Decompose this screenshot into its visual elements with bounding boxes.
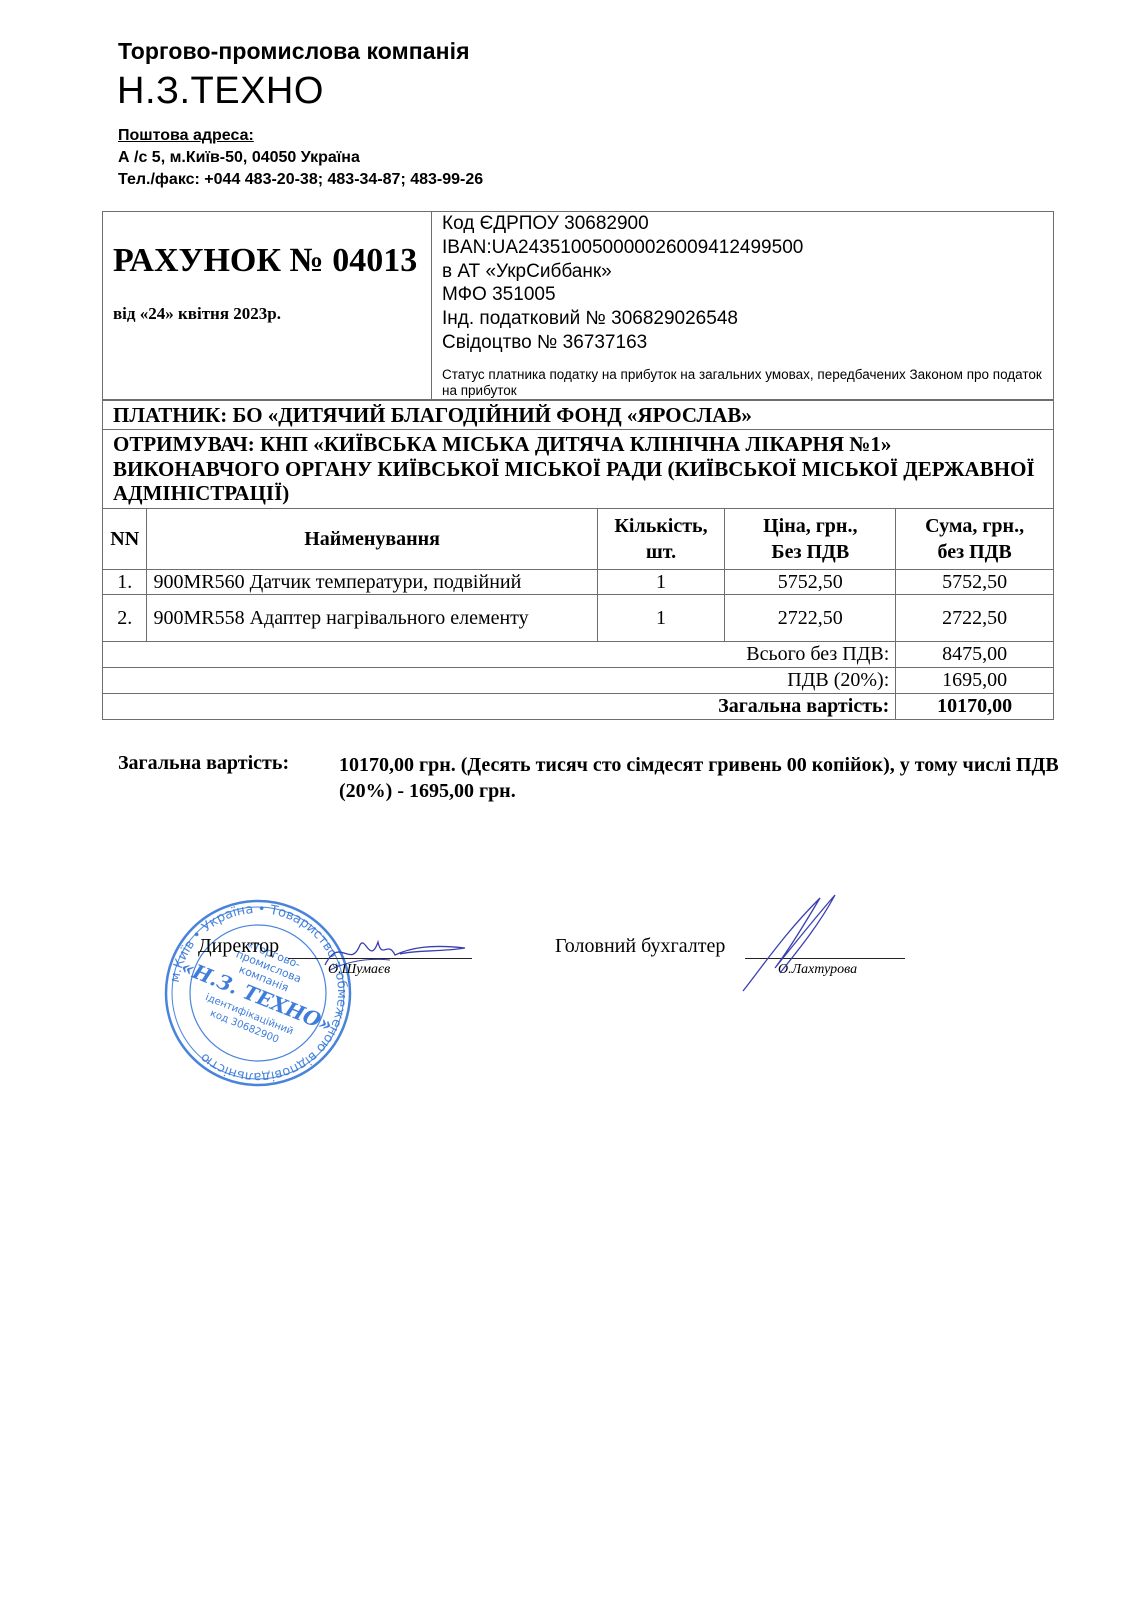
summary-label: Загальна вартість: [118,752,289,775]
header-price-line2: Без ПДВ [771,541,849,563]
invoice-header-block: РАХУНОК № 04013 від «24» квітня 2023р. К… [103,212,1053,401]
tax-number: Інд. податковий № 306829026548 [442,307,803,331]
items-table: NN Найменування Кількість,шт. Ціна, грн.… [103,509,1053,719]
header-qty-line1: Кількість, [614,515,707,537]
row-sum: 2722,50 [896,594,1053,641]
row-nn: 2. [103,594,147,641]
header-sum-line2: без ПДВ [937,541,1011,563]
accountant-signature-icon [735,893,845,993]
phone-fax: Тел./факс: +044 483-20-38; 483-34-87; 48… [118,171,483,189]
row-price: 2722,50 [725,594,896,641]
header-price-line1: Ціна, грн., [763,515,857,537]
table-row: 2. 900MR558 Адаптер нагрівального елемен… [103,594,1053,641]
header-price: Ціна, грн.,Без ПДВ [725,509,896,570]
row-qty: 1 [597,569,724,594]
mfo: МФО 351005 [442,283,803,307]
subtotal-label: Всього без ПДВ: [103,641,896,667]
row-qty: 1 [597,594,724,641]
total-value: 10170,00 [896,693,1053,719]
accountant-label: Головний бухгалтер [555,935,725,958]
header-nn: NN [103,509,147,570]
row-name: 900MR560 Датчик температури, подвійний [147,569,597,594]
subtotal-row: Всього без ПДВ: 8475,00 [103,641,1053,667]
row-name: 900MR558 Адаптер нагрівального елементу [147,594,597,641]
vat-value: 1695,00 [896,667,1053,693]
invoice-frame: РАХУНОК № 04013 від «24» квітня 2023р. К… [102,211,1054,720]
company-name: Н.З.ТЕХНО [117,70,324,113]
subtotal-value: 8475,00 [896,641,1053,667]
header-name: Найменування [147,509,597,570]
iban: IBAN:UA243510050000026009412499500 [442,236,803,260]
row-nn: 1. [103,569,147,594]
tax-status-note: Статус платника податку на прибуток на з… [442,367,1042,399]
row-sum: 5752,50 [896,569,1053,594]
company-stamp: м.Київ • Україна • Товариство з обмежено… [163,893,353,1093]
director-label: Директор [198,935,279,958]
table-row: 1. 900MR560 Датчик температури, подвійни… [103,569,1053,594]
payer: ПЛАТНИК: БО «ДИТЯЧИЙ БЛАГОДІЙНИЙ ФОНД «Я… [103,401,1053,430]
header-sum-line1: Сума, грн., [925,515,1024,537]
invoice-date: від «24» квітня 2023р. [113,304,281,324]
postal-address: А /с 5, м.Київ-50, 04050 Україна [118,149,360,167]
vat-label: ПДВ (20%): [103,667,896,693]
company-type: Торгово-промислова компанія [118,38,470,65]
bank-name: в АТ «УкрСиббанк» [442,260,803,284]
total-row: Загальна вартість: 10170,00 [103,693,1053,719]
header-sum: Сума, грн.,без ПДВ [896,509,1053,570]
recipient: ОТРИМУВАЧ: КНП «КИЇВСЬКА МІСЬКА ДИТЯЧА К… [103,430,1053,509]
summary-text: 10170,00 грн. (Десять тисяч сто сімдесят… [339,752,1059,804]
table-header-row: NN Найменування Кількість,шт. Ціна, грн.… [103,509,1053,570]
director-signature-icon [320,930,470,975]
vat-row: ПДВ (20%): 1695,00 [103,667,1053,693]
header-qty-line2: шт. [646,541,676,563]
invoice-title-cell: РАХУНОК № 04013 від «24» квітня 2023р. [103,212,432,399]
edrpou-code: Код ЄДРПОУ 30682900 [442,212,803,236]
row-price: 5752,50 [725,569,896,594]
header-qty: Кількість,шт. [597,509,724,570]
bank-details: Код ЄДРПОУ 30682900 IBAN:UA2435100500000… [442,212,803,355]
certificate-number: Свідоцтво № 36737163 [442,331,803,355]
address-label: Поштова адреса: [118,127,254,145]
bank-details-cell: Код ЄДРПОУ 30682900 IBAN:UA2435100500000… [432,212,1053,399]
total-label: Загальна вартість: [103,693,896,719]
invoice-title: РАХУНОК № 04013 [113,242,417,280]
